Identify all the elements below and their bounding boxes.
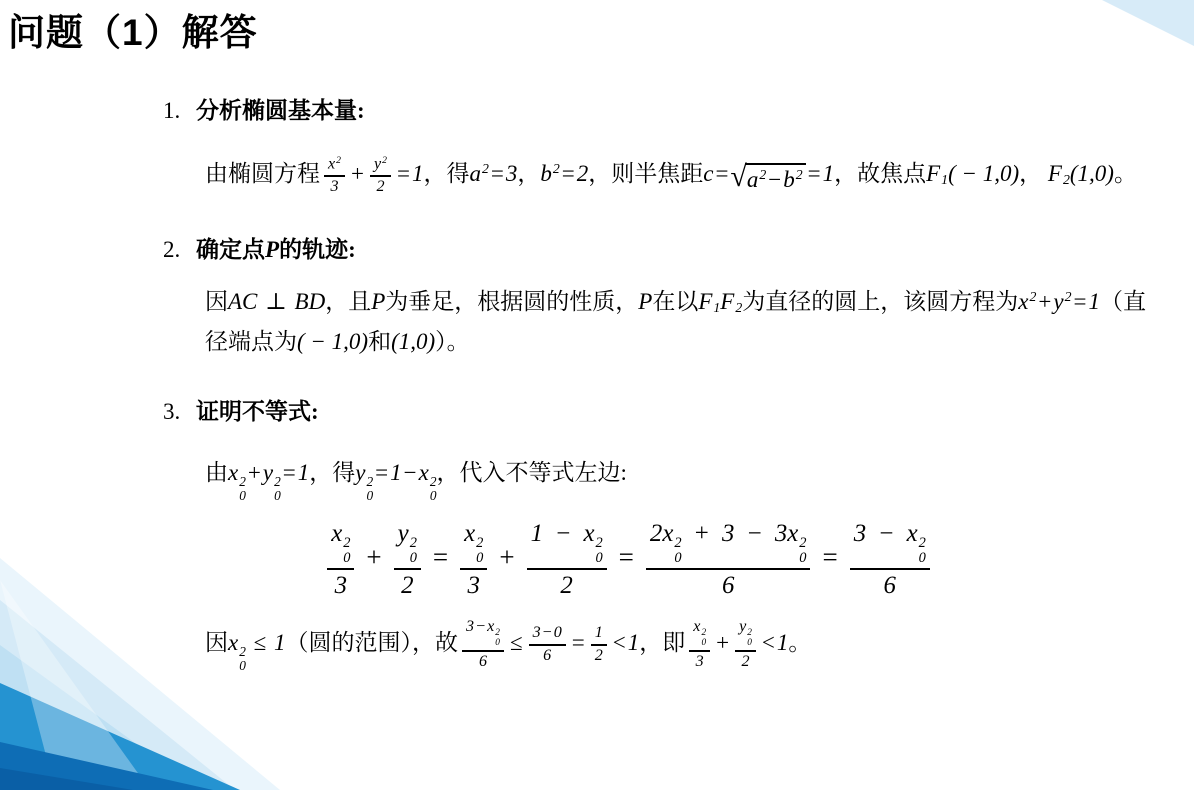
list-item-2-heading: 2. 确定点P的轨迹: bbox=[163, 231, 1168, 264]
display-equation: x203+y202=x203+1 − x202=2x20 + 3 − 3x206… bbox=[205, 519, 1167, 600]
list-item-3-heading: 3. 证明不等式: bbox=[163, 393, 1168, 426]
list-item-2-paragraph: 因AC ⊥ BD，且P为垂足，根据圆的性质，P在以F1F2为直径的圆上，该圆方程… bbox=[205, 282, 1167, 363]
list-item-1-paragraph: 由椭圆方程x23+y22=1，得a2=3，b2=2，则半焦距c=√a2−b2=1… bbox=[205, 153, 1167, 197]
top-right-corner-decoration bbox=[1102, 0, 1194, 46]
list-item-2-title: 确定点P的轨迹: bbox=[196, 231, 356, 264]
list-item-3-paragraph: 由x20+y20=1，得y20=1−x20，代入不等式左边: bbox=[205, 452, 1167, 503]
list-item-1-title: 分析椭圆基本量: bbox=[196, 92, 365, 125]
list-item-2-number: 2. bbox=[163, 237, 196, 263]
list-item-1-number: 1. bbox=[163, 98, 196, 124]
triangle-shape bbox=[1102, 0, 1194, 46]
list-item-3-title: 证明不等式: bbox=[196, 393, 319, 426]
list-item-1-heading: 1. 分析椭圆基本量: bbox=[163, 92, 1168, 125]
conclusion-paragraph: 因x20 ≤ 1（圆的范围），故3−x206≤3−06=12<1，即x203+y… bbox=[205, 618, 1167, 673]
slide-title: 问题（1）解答 bbox=[8, 2, 258, 56]
list-item-3-number: 3. bbox=[163, 399, 196, 425]
slide-body: 1. 分析椭圆基本量: 由椭圆方程x23+y22=1，得a2=3，b2=2，则半… bbox=[163, 88, 1168, 673]
